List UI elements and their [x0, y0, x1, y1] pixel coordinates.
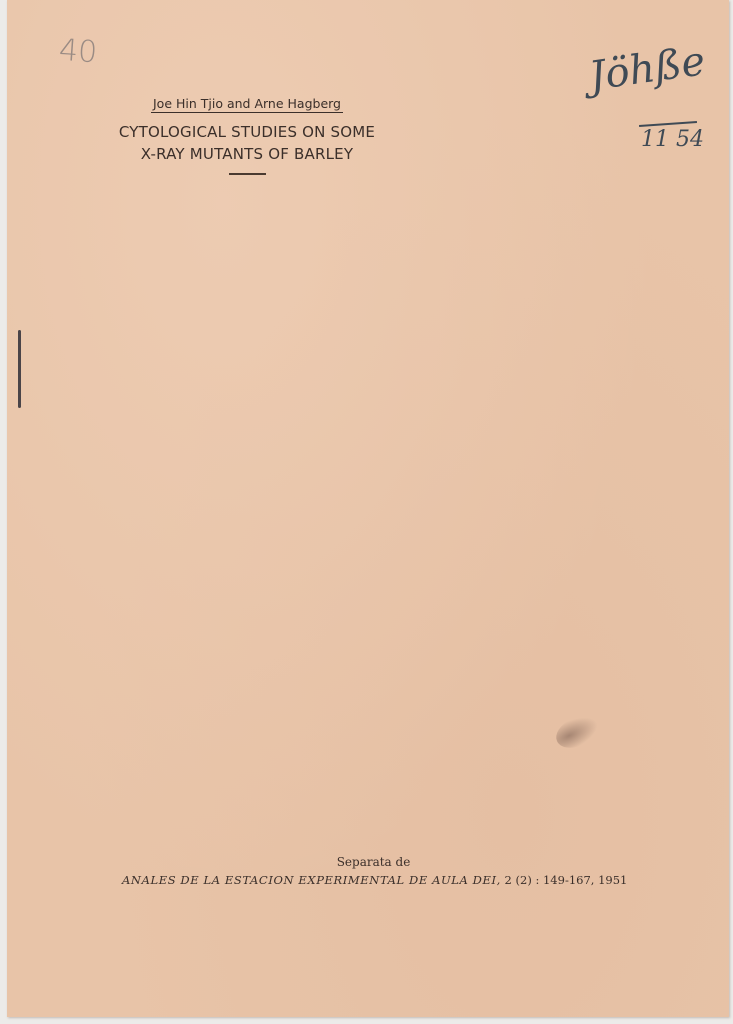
authors-text: Joe Hin Tjio and Arne Hagberg	[151, 96, 343, 113]
journal-citation: ANALES DE LA ESTACION EXPERIMENTAL DE AU…	[122, 873, 627, 887]
title-line-2: X-RAY MUTANTS OF BARLEY	[7, 143, 487, 165]
separata-label: Separata de	[7, 855, 733, 869]
stain	[551, 710, 603, 754]
authors: Joe Hin Tjio and Arne Hagberg	[7, 96, 487, 113]
staple	[18, 330, 21, 408]
title-rule	[229, 173, 266, 175]
handwritten-number: 40	[58, 33, 99, 71]
journal-volume-pages-year: 2 (2) : 149-167, 1951	[501, 873, 627, 887]
journal-name: ANALES DE LA ESTACION EXPERIMENTAL DE AU…	[122, 873, 501, 887]
title-line-1: CYTOLOGICAL STUDIES ON SOME	[7, 121, 487, 143]
handwritten-date-text: 11 54	[641, 127, 704, 152]
document-cover: 40 Jöhße 11 54 Joe Hin Tjio and Arne Hag…	[7, 0, 729, 1017]
handwritten-signature: Jöhße	[586, 38, 708, 100]
document-title: CYTOLOGICAL STUDIES ON SOME X-RAY MUTANT…	[7, 121, 487, 165]
handwritten-date: 11 54	[641, 127, 704, 152]
